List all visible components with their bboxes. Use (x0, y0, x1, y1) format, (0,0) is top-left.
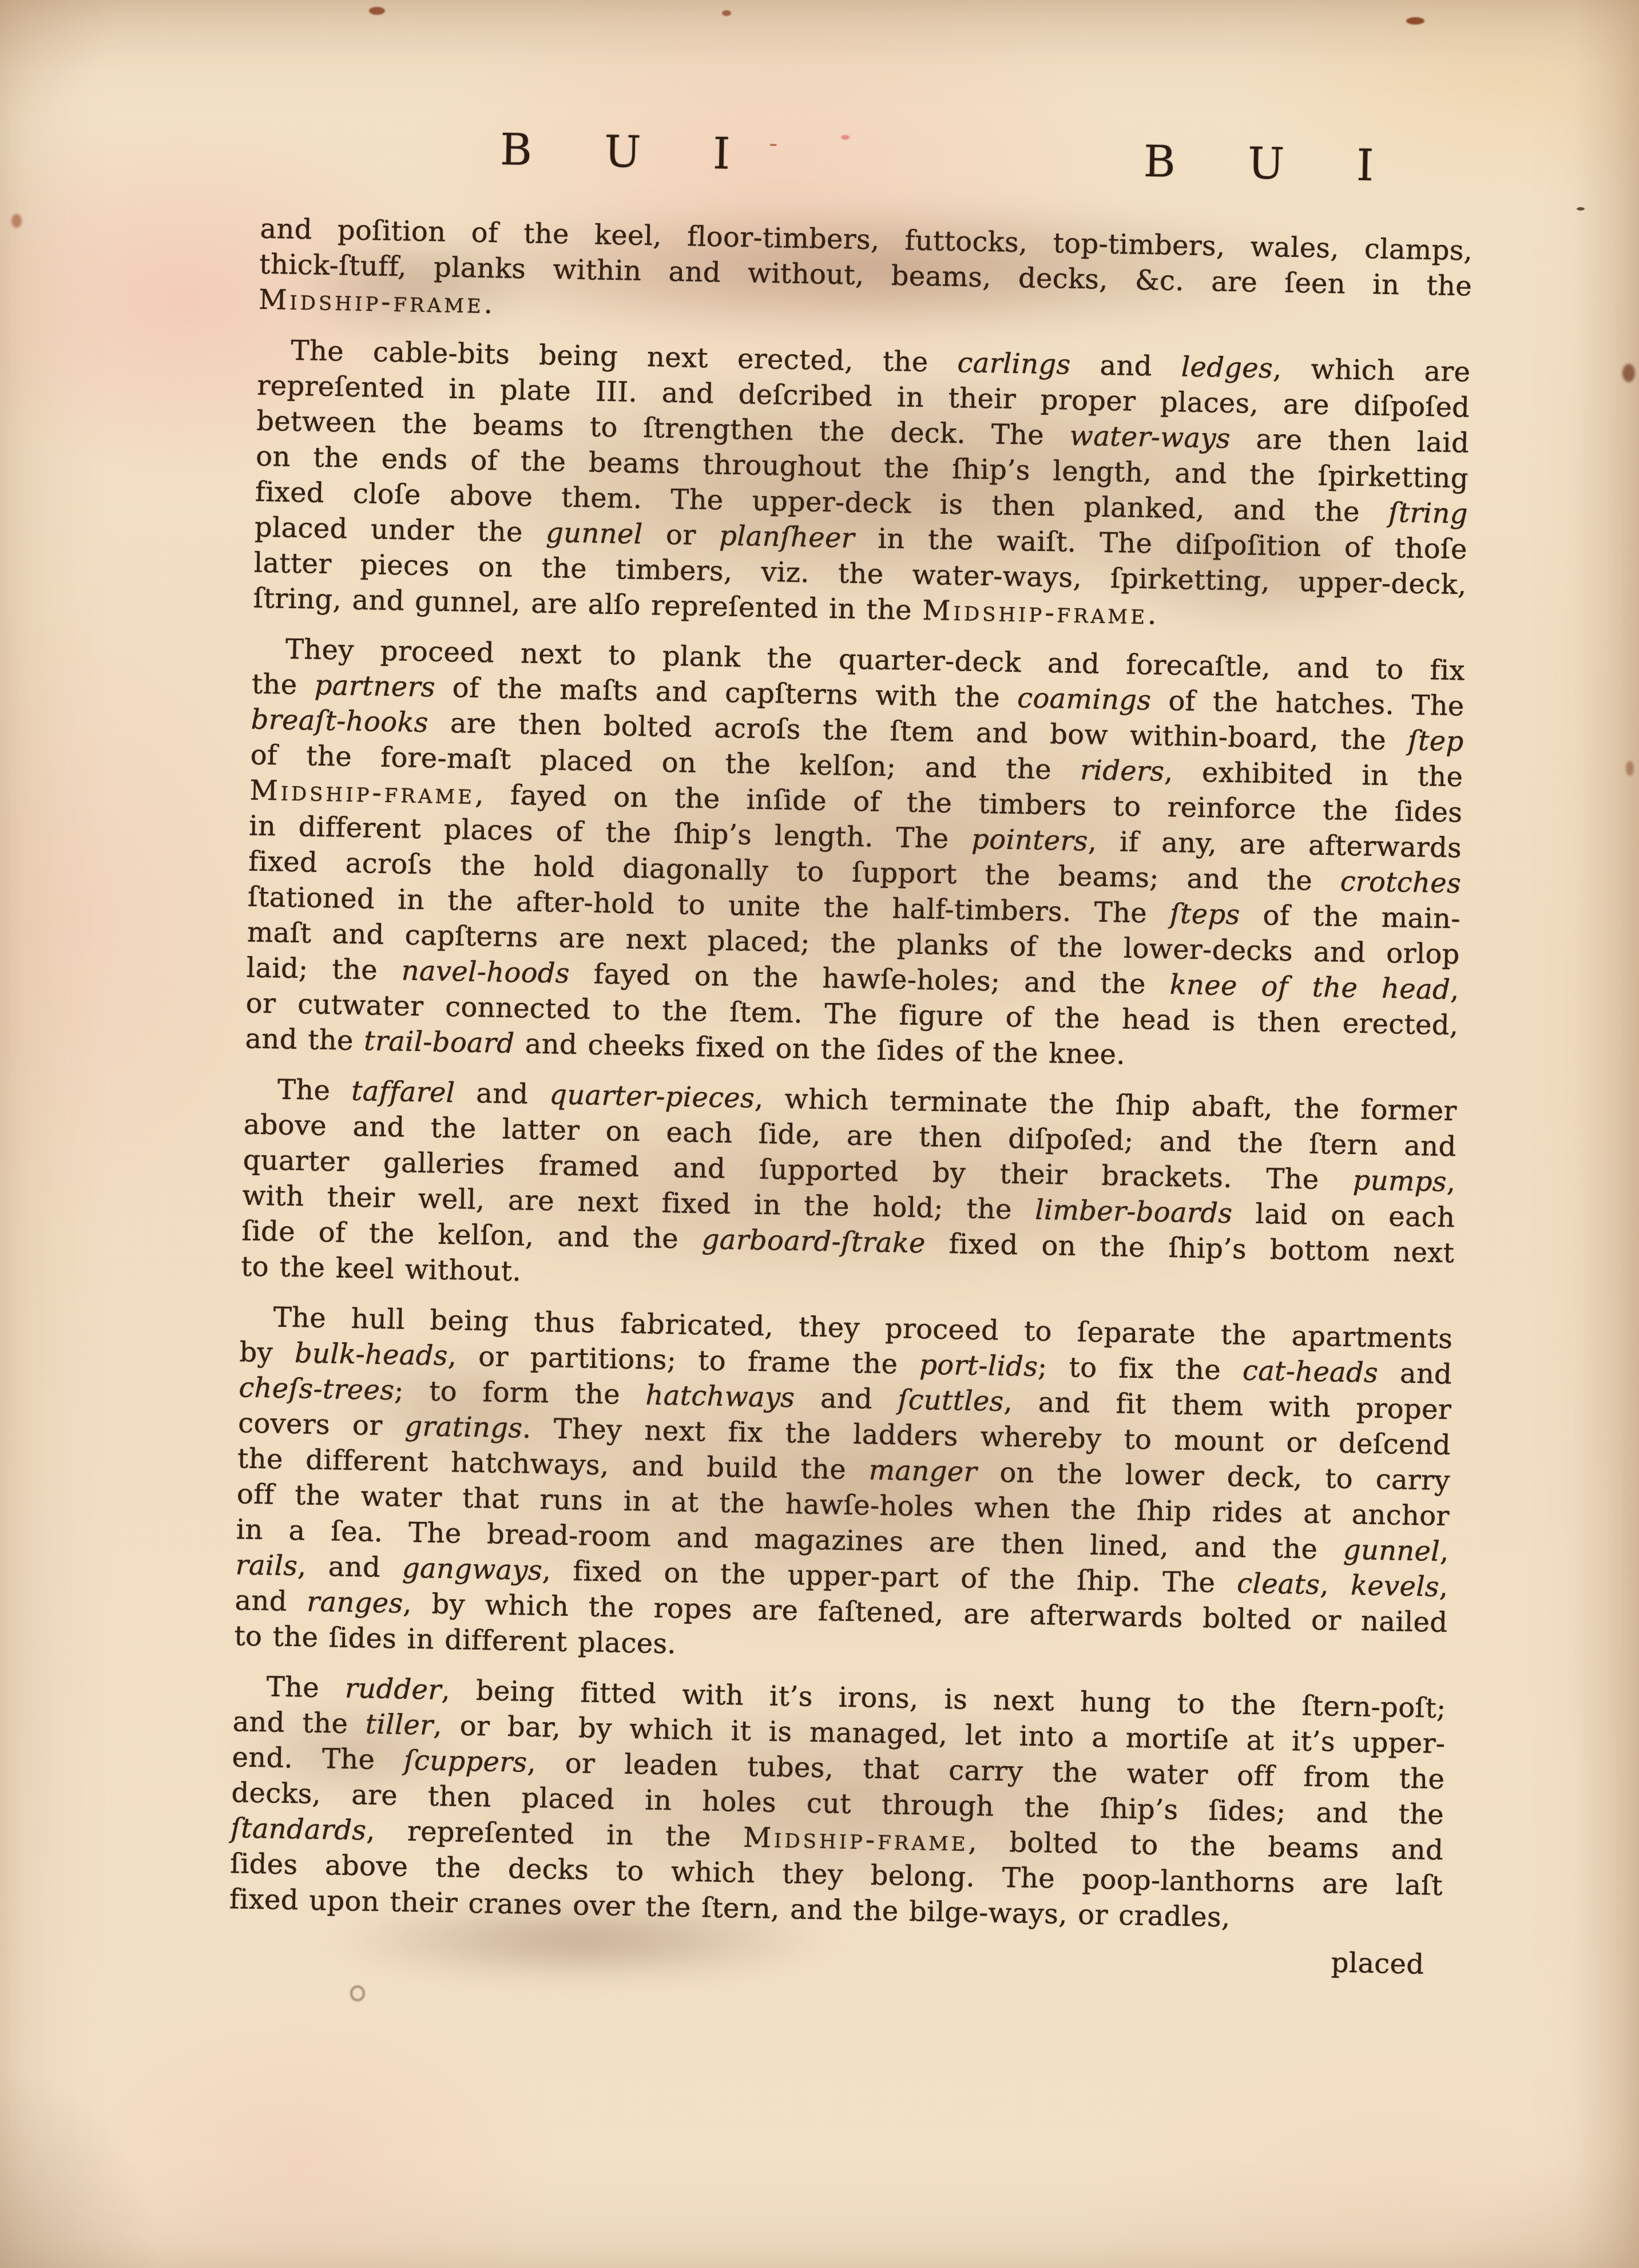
text-run: the (251, 668, 315, 701)
text-run: and (1070, 349, 1181, 383)
italic-term: gratings (404, 1410, 523, 1445)
text-run: and (455, 1077, 550, 1111)
text-run: ; to fix the (1038, 1351, 1243, 1387)
paper-speck (1626, 761, 1634, 776)
italic-term: rails (235, 1549, 297, 1582)
paper-speck (369, 7, 385, 15)
paper-speck (1577, 207, 1585, 211)
text-run: , exhibited in the (1164, 756, 1463, 794)
small-caps-term: Midship-frame (743, 1822, 969, 1858)
italic-term: ſcuppers (404, 1744, 527, 1779)
text-run: and (235, 1584, 307, 1617)
text-run: and the (232, 1706, 366, 1740)
italic-term: pointers (971, 823, 1089, 858)
text-run: by (239, 1336, 295, 1369)
italic-term: ſcuttles (898, 1383, 1004, 1417)
italic-term: quarter-pieces (549, 1079, 755, 1115)
italic-term: navel-hoods (401, 954, 570, 989)
text-run: , (1450, 974, 1459, 1006)
text-run: placed under the (254, 512, 546, 549)
italic-term: bulk-heads (295, 1337, 449, 1372)
text-run: , repreſented in the (366, 1815, 744, 1854)
italic-term: gangways (402, 1552, 543, 1587)
text-run: laid; the (246, 951, 402, 986)
small-caps-term: Midship-frame (249, 775, 475, 811)
text-run: or (642, 518, 720, 552)
italic-term: crotches (1340, 865, 1461, 899)
text-run: to the ſides in different places. (234, 1620, 676, 1660)
italic-term: coamings (1017, 682, 1152, 716)
text-run: and (795, 1382, 898, 1415)
italic-term: planſheer (719, 520, 855, 554)
italic-term: trail-board (364, 1025, 515, 1060)
running-head-right: B U I (1143, 136, 1400, 191)
small-caps-term: Midship-frame. (259, 284, 496, 320)
paper-speck (1406, 17, 1424, 25)
italic-term: cheſs-trees (239, 1371, 395, 1406)
italic-term: garboard-ſtrake (701, 1223, 926, 1259)
italic-term: partners (314, 669, 435, 704)
text-run: covers or (238, 1407, 405, 1442)
text-run: , (1439, 1571, 1448, 1603)
italic-term: ranges (307, 1586, 403, 1620)
italic-term: ledges (1181, 351, 1273, 384)
italic-term: ſtandards (231, 1812, 367, 1846)
text-run: The (266, 1671, 345, 1704)
italic-term: limber-boards (1035, 1194, 1233, 1230)
italic-term: ſtring (1388, 497, 1468, 530)
text-run: , and (297, 1550, 403, 1584)
italic-term: pumps (1352, 1164, 1447, 1198)
paragraph: and poſition of the keel, floor-timbers,… (259, 211, 1473, 340)
italic-term: riders (1080, 754, 1165, 788)
text-run: . (1147, 598, 1157, 631)
paragraph: They proceed next to plank the quarter-d… (245, 631, 1465, 1079)
italic-term: taffarel (351, 1075, 455, 1109)
book-page: B U I - B U I and poſition of the keel, … (0, 0, 1639, 2268)
text-run: and the (245, 1022, 364, 1057)
paragraph: The cable-bits being next erected, the c… (253, 332, 1471, 639)
text-run: of the main- (1240, 899, 1461, 935)
italic-term: knee of the head (1169, 969, 1450, 1006)
italic-term: port-lids (919, 1349, 1038, 1383)
text-run: , (1446, 1166, 1456, 1198)
text-run: laid on each (1232, 1198, 1455, 1234)
paragraph: The hull being thus fabricated, they pro… (234, 1299, 1453, 1676)
italic-term: water-ways (1069, 420, 1231, 455)
italic-term: cat-heads (1243, 1355, 1379, 1389)
italic-term: manger (868, 1454, 977, 1488)
italic-term: carlings (957, 347, 1071, 381)
running-head: B U I - B U I (257, 120, 1487, 142)
paper-speck (11, 214, 22, 228)
text-run: , (1439, 1536, 1449, 1568)
italic-term: ſteps (1170, 898, 1240, 931)
text-run: to the keel without. (241, 1250, 522, 1287)
text-run: ſide of the kelſon, and the (241, 1215, 702, 1255)
italic-term: ſtep (1408, 725, 1464, 758)
paper-speck (722, 10, 731, 16)
text-run: , (1320, 1569, 1351, 1601)
text-run: end. The (232, 1741, 404, 1776)
text-run: of the hatches. The (1151, 684, 1465, 722)
italic-term: cleats (1237, 1567, 1320, 1601)
italic-term: breaſt-hooks (251, 704, 428, 739)
italic-term: rudder (345, 1672, 442, 1706)
text-run: , which are (1272, 352, 1470, 388)
running-head-left: B U I (499, 124, 756, 179)
paper-speck (350, 1985, 365, 2001)
italic-term: hatchways (645, 1379, 795, 1414)
text-run: and (1378, 1357, 1453, 1390)
italic-term: gunnel (546, 517, 643, 550)
paragraph: The taffarel and quarter-pieces, which t… (241, 1071, 1457, 1306)
text-run: The (277, 1074, 351, 1107)
paragraph: The rudder, being fitted with it’s irons… (229, 1668, 1446, 1939)
page-content: B U I - B U I and poſition of the keel, … (223, 120, 1487, 2007)
text-run: are then laid (1230, 423, 1469, 459)
small-caps-term: Midship-frame (922, 594, 1148, 631)
italic-term: gunnel (1343, 1534, 1440, 1568)
running-head-separator: - (769, 129, 778, 158)
text-run: , if any, are afterwards (1088, 825, 1462, 864)
paper-speck (1622, 364, 1635, 382)
text-run: ; to form the (394, 1374, 646, 1411)
italic-term: kevels (1351, 1569, 1440, 1603)
italic-term: tiller (365, 1708, 434, 1742)
text-run: , and fit them with proper (1003, 1386, 1452, 1426)
body-text: and poſition of the keel, floor-timbers,… (228, 211, 1473, 1982)
